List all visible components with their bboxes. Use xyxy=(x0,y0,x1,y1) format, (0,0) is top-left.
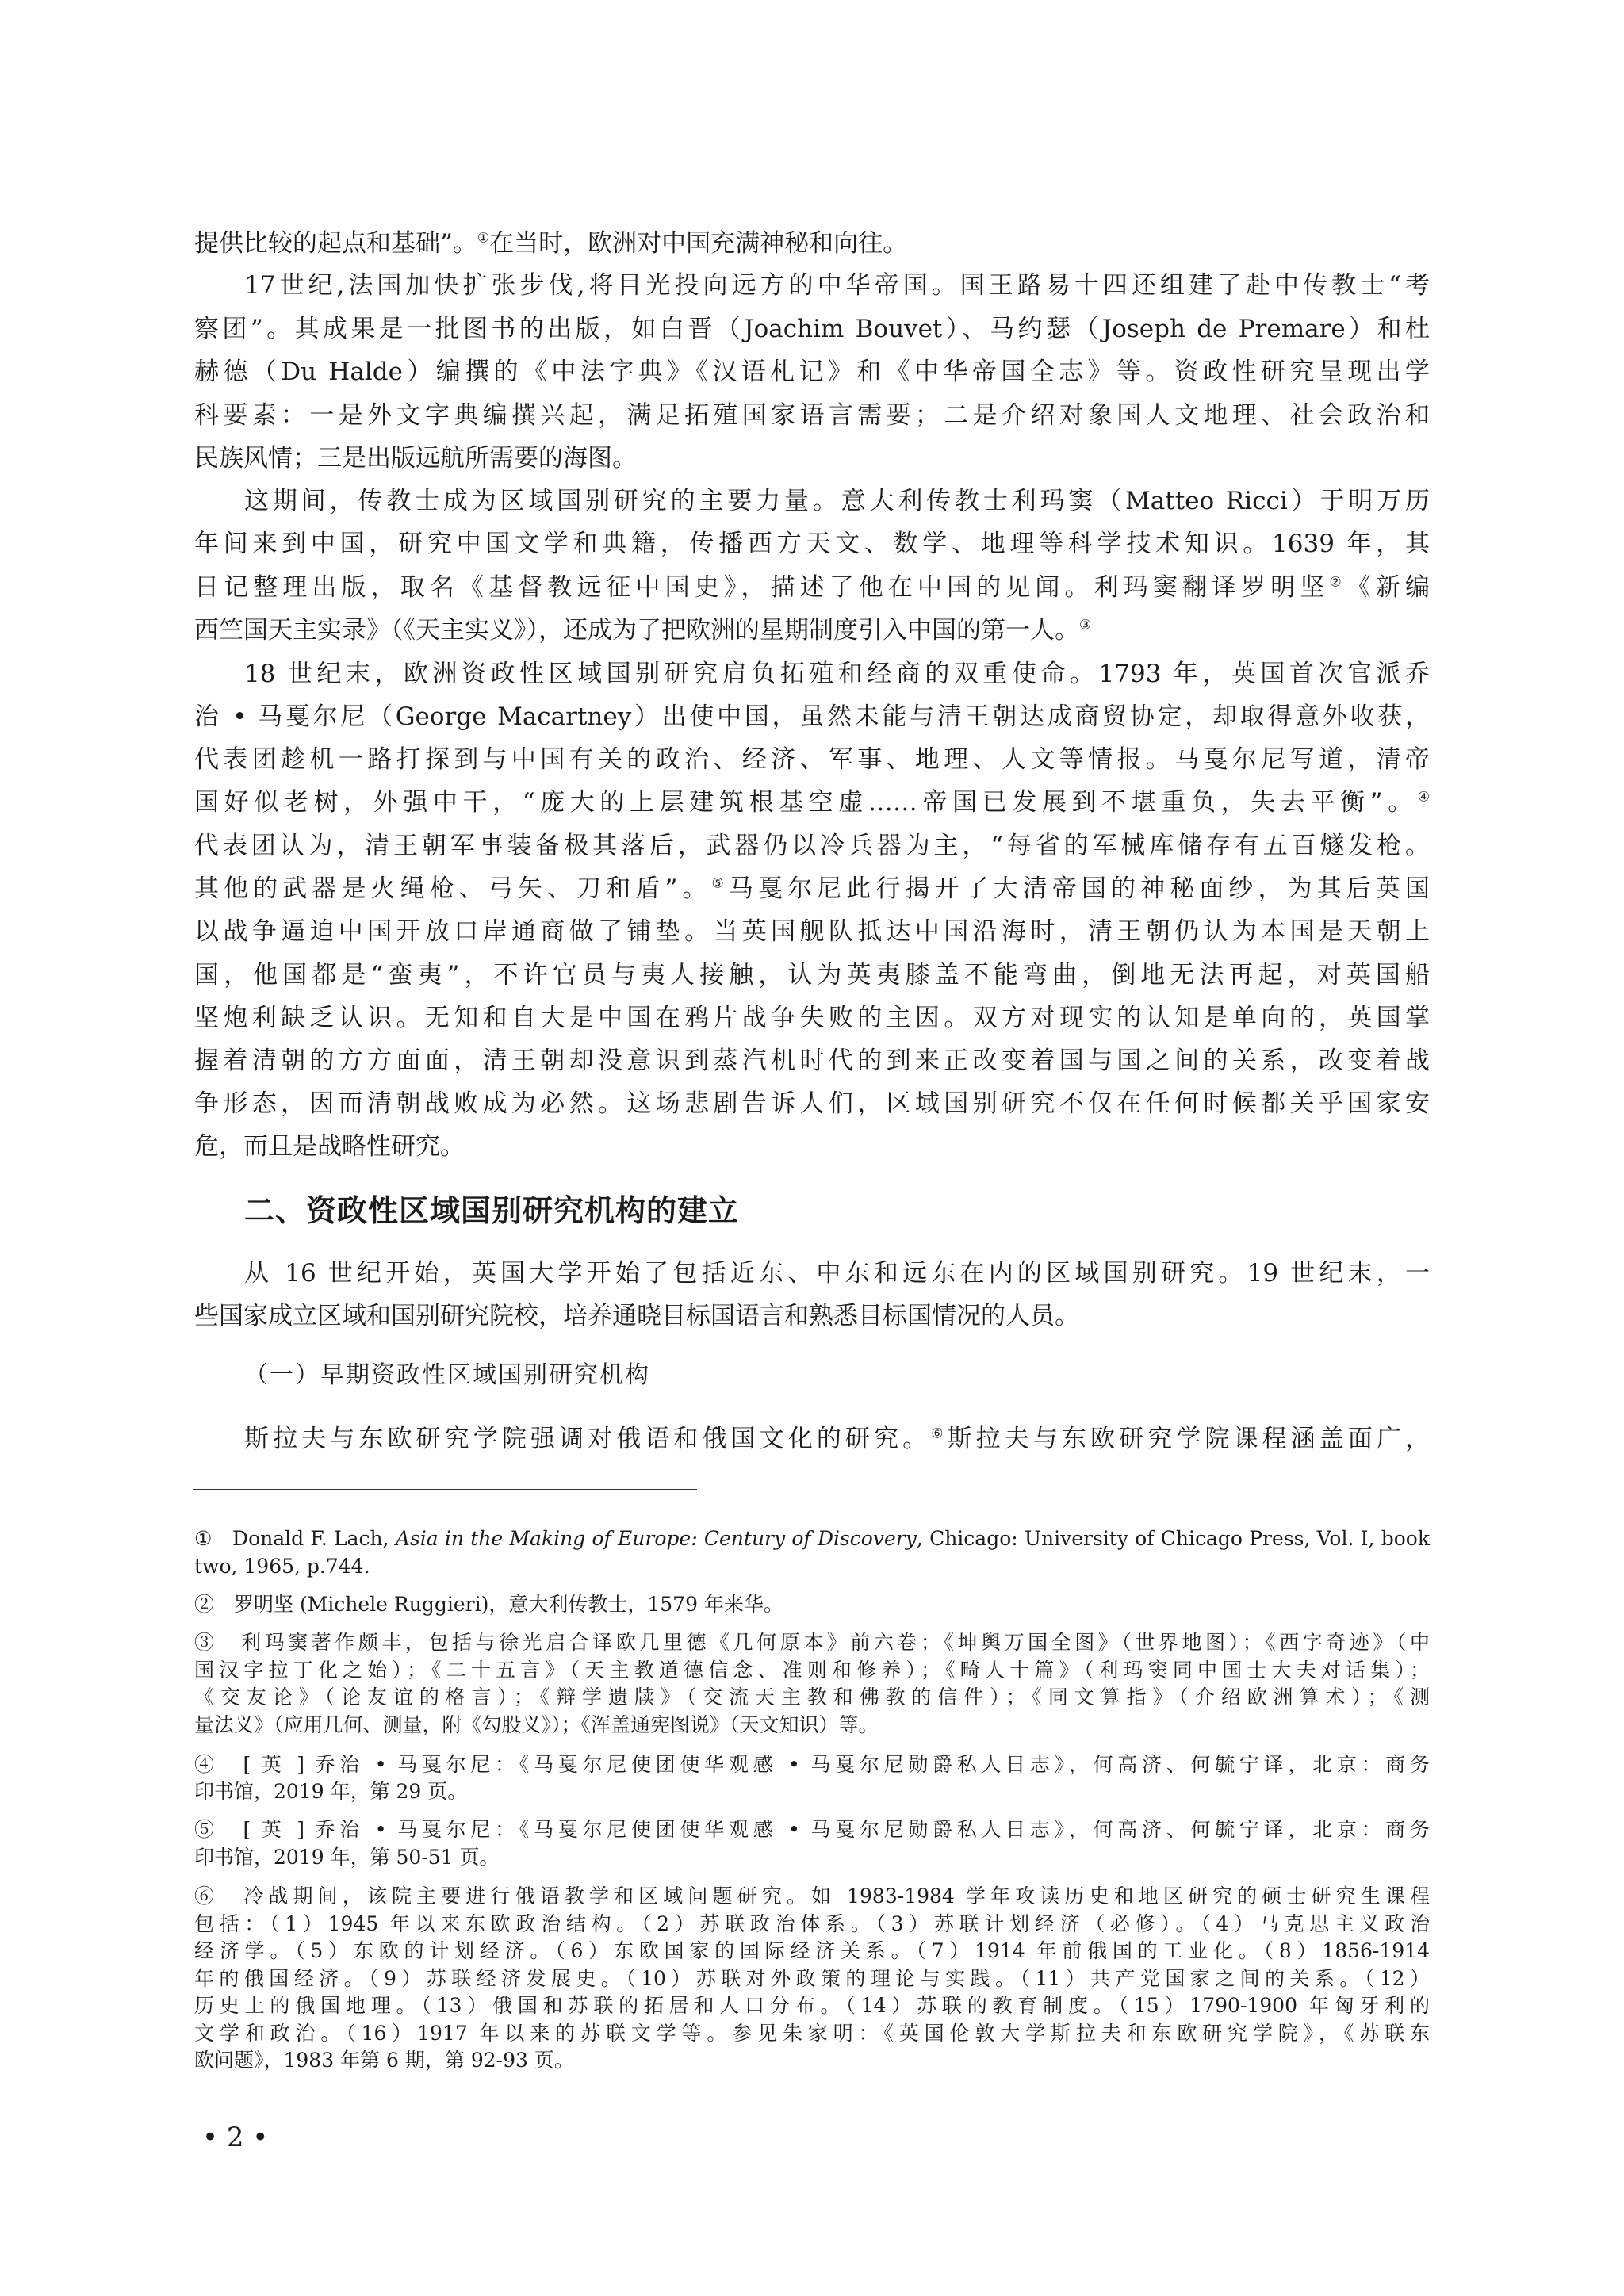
footnote-line: ③ 利玛窦著作颇丰，包括与徐光启合译欧几里德《几何原本》前六卷；《坤舆万国全图》… xyxy=(194,1630,1430,1655)
paragraph-line: 坚炮利缺乏认识。无知和自大是中国在鸦片战争失败的主因。双方对现实的认知是单向的，… xyxy=(194,1002,1430,1034)
line-text: 坚炮利缺乏认识。无知和自大是中国在鸦片战争失败的主因。双方对现实的认知是单向的，… xyxy=(194,1004,1430,1032)
footnote-text: ① Donald F. Lach, xyxy=(194,1527,396,1550)
line-text: 18 世纪末，欧洲资政性区域国别研究肩负拓殖和经商的双重使命。1793 年，英国… xyxy=(244,660,1430,688)
footnote-ref[interactable]: ④ xyxy=(1418,790,1430,806)
footnote-line: 年的俄国经济。（9）苏联经济发展史。（10）苏联对外政策的理论与实践。（11）共… xyxy=(194,1966,1430,1992)
paragraph-line: 国好似老树，外强中干，“庞大的上层建筑根基空虚……帝国已发展到不堪重负，失去平衡… xyxy=(194,786,1430,818)
line-text: 危，而且是战略性研究。 xyxy=(194,1132,465,1161)
footnote-line: 文学和政治。（16）1917 年以来的苏联文学等。参见朱家明：《英国伦敦大学斯拉… xyxy=(194,2021,1430,2046)
paragraph-line: 科要素：一是外文字典编撰兴起，满足拓殖国家语言需要；二是介绍对象国人文地理、社会… xyxy=(194,400,1430,431)
footnote-line: 欧问题》，1983 年第 6 期，第 92-93 页。 xyxy=(194,2048,1430,2073)
line-text: 提供比较的起点和基础”。 xyxy=(194,229,477,258)
paragraph-line: 民族风情；三是出版远航所需要的海图。 xyxy=(194,442,1430,474)
document-page: 提供比较的起点和基础”。①在当时，欧洲对中国充满神秘和向往。17世纪,法国加快扩… xyxy=(0,0,1624,2296)
line-text: 民族风情；三是出版远航所需要的海图。 xyxy=(194,444,637,473)
line-text: 些国家成立区域和国别研究院校，培养通晓目标国语言和熟悉目标国情况的人员。 xyxy=(194,1302,1079,1330)
line-text: 国，他国都是“蛮夷”，不许官员与夷人接触，认为英夷膝盖不能弯曲，倒地无法再起，对… xyxy=(194,961,1430,989)
paragraph-line: 察团”。其成果是一批图书的出版，如白晋（Joachim Bouvet）、马约瑟（… xyxy=(194,313,1430,345)
line-text: 马戛尔尼此行揭开了大清帝国的神秘面纱，为其后英国 xyxy=(729,874,1430,903)
footnote-line: 《交友论》（论友谊的格言）；《辩学遗牍》（交流天主教和佛教的信件）；《同文算指》… xyxy=(194,1685,1430,1710)
footnote-line: ⑤ [ 英 ] 乔治 • 马戛尔尼：《马戛尔尼使团使华观感 • 马戛尔尼勋爵私人… xyxy=(194,1817,1430,1843)
footnote-separator xyxy=(193,1489,697,1490)
footnote-text: ⑤ [ 英 ] 乔治 • 马戛尔尼：《马戛尔尼使团使华观感 • 马戛尔尼勋爵私人… xyxy=(194,1818,1430,1841)
paragraph-line: 代表团趁机一路打探到与中国有关的政治、经济、军事、地理、人文等情报。马戛尔尼写道… xyxy=(194,744,1430,775)
paragraph-line: 斯拉夫与东欧研究学院强调对俄语和俄国文化的研究。⑥斯拉夫与东欧研究学院课程涵盖面… xyxy=(244,1423,1430,1455)
footnote-text: 包括：（1）1945 年以来东欧政治结构。（2）苏联政治体系。（3）苏联计划经济… xyxy=(194,1912,1430,1935)
footnote-text: 历史上的俄国地理。（13）俄国和苏联的拓居和人口分布。（14）苏联的教育制度。（… xyxy=(194,1994,1430,2017)
footnote-line: 历史上的俄国地理。（13）俄国和苏联的拓居和人口分布。（14）苏联的教育制度。（… xyxy=(194,1993,1430,2019)
paragraph-line: 代表团认为，清王朝军事装备极其落后，武器仍以冷兵器为主，“每省的军械库储存有五百… xyxy=(194,830,1430,862)
paragraph-line: 提供比较的起点和基础”。①在当时，欧洲对中国充满神秘和向往。 xyxy=(194,228,1430,259)
footnote-line: 印书馆，2019 年，第 29 页。 xyxy=(194,1779,1430,1804)
line-text: 年间来到中国，研究中国文学和典籍，传播西方天文、数学、地理等科学技术知识。163… xyxy=(194,530,1430,558)
line-text: 国好似老树，外强中干，“庞大的上层建筑根基空虚……帝国已发展到不堪重负，失去平衡… xyxy=(194,788,1418,817)
footnote-text: 印书馆，2019 年，第 29 页。 xyxy=(194,1780,467,1803)
footnote-ref[interactable]: ① xyxy=(477,231,489,247)
footnote-line: 包括：（1）1945 年以来东欧政治结构。（2）苏联政治体系。（3）苏联计划经济… xyxy=(194,1911,1430,1937)
paragraph-line: 国，他国都是“蛮夷”，不许官员与夷人接触，认为英夷膝盖不能弯曲，倒地无法再起，对… xyxy=(194,959,1430,991)
footnote-text: ③ 利玛窦著作颇丰，包括与徐光启合译欧几里德《几何原本》前六卷；《坤舆万国全图》… xyxy=(194,1631,1430,1654)
line-text: 察团”。其成果是一批图书的出版，如白晋（Joachim Bouvet）、马约瑟（… xyxy=(194,315,1430,343)
footnote-title-italic: Asia in the Making of Europe: Century of… xyxy=(396,1527,917,1550)
footnote-line: 量法义》（应用几何、测量，附《勾股义》）；《浑盖通宪图说》（天文知识）等。 xyxy=(194,1712,1430,1738)
line-text: 代表团认为，清王朝军事装备极其落后，武器仍以冷兵器为主，“每省的军械库储存有五百… xyxy=(194,832,1430,860)
footnote-line: 经济学。（5）东欧的计划经济。（6）东欧国家的国际经济关系。（7）1914 年前… xyxy=(194,1938,1430,1964)
paragraph-line: 日记整理出版，取名《基督教远征中国史》，描述了他在中国的见闻。利玛窦翻译罗明坚②… xyxy=(194,572,1430,603)
footnote-line: 印书馆，2019 年，第 50-51 页。 xyxy=(194,1845,1430,1870)
footnote-line: two, 1965, p.744. xyxy=(194,1554,1430,1579)
footnote-ref[interactable]: ⑤ xyxy=(712,876,729,892)
paragraph-line: 17世纪,法国加快扩张步伐,将目光投向远方的中华帝国。国王路易十四还组建了赴中传… xyxy=(244,270,1430,301)
line-text: 斯拉夫与东欧研究学院课程涵盖面广， xyxy=(948,1425,1430,1453)
footnote-text: 国汉字拉丁化之始）；《二十五言》（天主教道德信念、准则和修养）；《畸人十篇》（利… xyxy=(194,1659,1430,1682)
footnote-line: 国汉字拉丁化之始）；《二十五言》（天主教道德信念、准则和修养）；《畸人十篇》（利… xyxy=(194,1658,1430,1683)
footnote-ref[interactable]: ② xyxy=(1329,575,1346,591)
footnote-text: ⑥ 冷战期间，该院主要进行俄语教学和区域问题研究。如 1983-1984 学年攻… xyxy=(194,1885,1430,1908)
footnote-ref[interactable]: ③ xyxy=(1079,618,1091,633)
paragraph-line: 这期间，传教士成为区域国别研究的主要力量。意大利传教士利玛窦（Matteo Ri… xyxy=(244,485,1430,517)
paragraph-line: 些国家成立区域和国别研究院校，培养通晓目标国语言和熟悉目标国情况的人员。 xyxy=(194,1300,1430,1332)
paragraph-line: 西竺国天主实录》（《天主实义》），还成为了把欧洲的星期制度引入中国的第一人。③ xyxy=(194,614,1430,646)
paragraph-line: 治 • 马戛尔尼（George Macartney）出使中国，虽然未能与清王朝达… xyxy=(194,701,1430,733)
paragraph-line: 其他的武器是火绳枪、弓矢、刀和盾”。⑤马戛尔尼此行揭开了大清帝国的神秘面纱，为其… xyxy=(194,873,1430,905)
line-text: 斯拉夫与东欧研究学院强调对俄语和俄国文化的研究。 xyxy=(244,1425,931,1453)
paragraph-line: 18 世纪末，欧洲资政性区域国别研究肩负拓殖和经商的双重使命。1793 年，英国… xyxy=(244,658,1430,690)
footnote-text: ④ [ 英 ] 乔治 • 马戛尔尼：《马戛尔尼使团使华观感 • 马戛尔尼勋爵私人… xyxy=(194,1753,1430,1776)
footnote-text: ② 罗明坚 (Michele Ruggieri)，意大利传教士，1579 年来华… xyxy=(194,1593,783,1616)
footnote-text: 《交友论》（论友谊的格言）；《辩学遗牍》（交流天主教和佛教的信件）；《同文算指》… xyxy=(194,1686,1430,1709)
line-text: 代表团趁机一路打探到与中国有关的政治、经济、军事、地理、人文等情报。马戛尔尼写道… xyxy=(194,745,1430,774)
footnote-text: , Chicago: University of Chicago Press, … xyxy=(917,1527,1430,1550)
line-text: 西竺国天主实录》（《天主实义》），还成为了把欧洲的星期制度引入中国的第一人。 xyxy=(194,616,1079,645)
subsection-heading: （一）早期资政性区域国别研究机构 xyxy=(244,1360,650,1391)
line-text: 其他的武器是火绳枪、弓矢、刀和盾”。 xyxy=(194,874,712,903)
footnote-text: 印书馆，2019 年，第 50-51 页。 xyxy=(194,1846,500,1869)
line-text: 《新编 xyxy=(1346,573,1430,602)
paragraph-line: 年间来到中国，研究中国文学和典籍，传播西方天文、数学、地理等科学技术知识。163… xyxy=(194,528,1430,560)
line-text: 握着清朝的方方面面，清王朝却没意识到蒸汽机时代的到来正改变着国与国之间的关系，改… xyxy=(194,1047,1430,1075)
line-text: 争形态，因而清朝战败成为必然。这场悲剧告诉人们，区域国别研究不仅在任何时候都关乎… xyxy=(194,1089,1430,1118)
footnote-line: ② 罗明坚 (Michele Ruggieri)，意大利传教士，1579 年来华… xyxy=(194,1592,1430,1617)
footnote-text: 欧问题》，1983 年第 6 期，第 92-93 页。 xyxy=(194,2049,574,2072)
line-text: 在当时，欧洲对中国充满神秘和向往。 xyxy=(489,229,907,258)
footnote-text: 文学和政治。（16）1917 年以来的苏联文学等。参见朱家明：《英国伦敦大学斯拉… xyxy=(194,2022,1430,2045)
footnote-line: ① Donald F. Lach, Asia in the Making of … xyxy=(194,1526,1430,1552)
line-text: 以战争逼迫中国开放口岸通商做了铺垫。当英国舰队抵达中国沿海时，清王朝仍认为本国是… xyxy=(194,917,1430,946)
line-text: 17世纪,法国加快扩张步伐,将目光投向远方的中华帝国。国王路易十四还组建了赴中传… xyxy=(244,271,1430,300)
section-heading: 二、资政性区域国别研究机构的建立 xyxy=(244,1192,739,1230)
line-text: 赫德（Du Halde）编撰的《中法字典》《汉语札记》和《中华帝国全志》等。资政… xyxy=(194,358,1430,386)
footnote-text: 经济学。（5）东欧的计划经济。（6）东欧国家的国际经济关系。（7）1914 年前… xyxy=(194,1939,1430,1962)
page-number: • 2 • xyxy=(202,2122,268,2153)
line-text: 这期间，传教士成为区域国别研究的主要力量。意大利传教士利玛窦（Matteo Ri… xyxy=(244,487,1430,515)
footnote-text: 量法义》（应用几何、测量，附《勾股义》）；《浑盖通宪图说》（天文知识）等。 xyxy=(194,1713,879,1736)
footnote-ref[interactable]: ⑥ xyxy=(931,1426,947,1442)
line-text: 日记整理出版，取名《基督教远征中国史》，描述了他在中国的见闻。利玛窦翻译罗明坚 xyxy=(194,573,1329,602)
footnote-line: ⑥ 冷战期间，该院主要进行俄语教学和区域问题研究。如 1983-1984 学年攻… xyxy=(194,1884,1430,1909)
line-text: 治 • 马戛尔尼（George Macartney）出使中国，虽然未能与清王朝达… xyxy=(194,702,1430,731)
line-text: 科要素：一是外文字典编撰兴起，满足拓殖国家语言需要；二是介绍对象国人文地理、社会… xyxy=(194,401,1430,430)
paragraph-line: 危，而且是战略性研究。 xyxy=(194,1131,1430,1162)
paragraph-line: 从 16 世纪开始，英国大学开始了包括近东、中东和远东在内的区域国别研究。19 … xyxy=(244,1257,1430,1289)
paragraph-line: 争形态，因而清朝战败成为必然。这场悲剧告诉人们，区域国别研究不仅在任何时候都关乎… xyxy=(194,1088,1430,1119)
line-text: 从 16 世纪开始，英国大学开始了包括近东、中东和远东在内的区域国别研究。19 … xyxy=(244,1259,1430,1288)
paragraph-line: 以战争逼迫中国开放口岸通商做了铺垫。当英国舰队抵达中国沿海时，清王朝仍认为本国是… xyxy=(194,916,1430,947)
paragraph-line: 握着清朝的方方面面，清王朝却没意识到蒸汽机时代的到来正改变着国与国之间的关系，改… xyxy=(194,1045,1430,1077)
footnote-text: two, 1965, p.744. xyxy=(194,1555,370,1578)
footnote-line: ④ [ 英 ] 乔治 • 马戛尔尼：《马戛尔尼使团使华观感 • 马戛尔尼勋爵私人… xyxy=(194,1752,1430,1777)
paragraph-line: 赫德（Du Halde）编撰的《中法字典》《汉语札记》和《中华帝国全志》等。资政… xyxy=(194,356,1430,388)
footnote-text: 年的俄国经济。（9）苏联经济发展史。（10）苏联对外政策的理论与实践。（11）共… xyxy=(194,1967,1430,1990)
